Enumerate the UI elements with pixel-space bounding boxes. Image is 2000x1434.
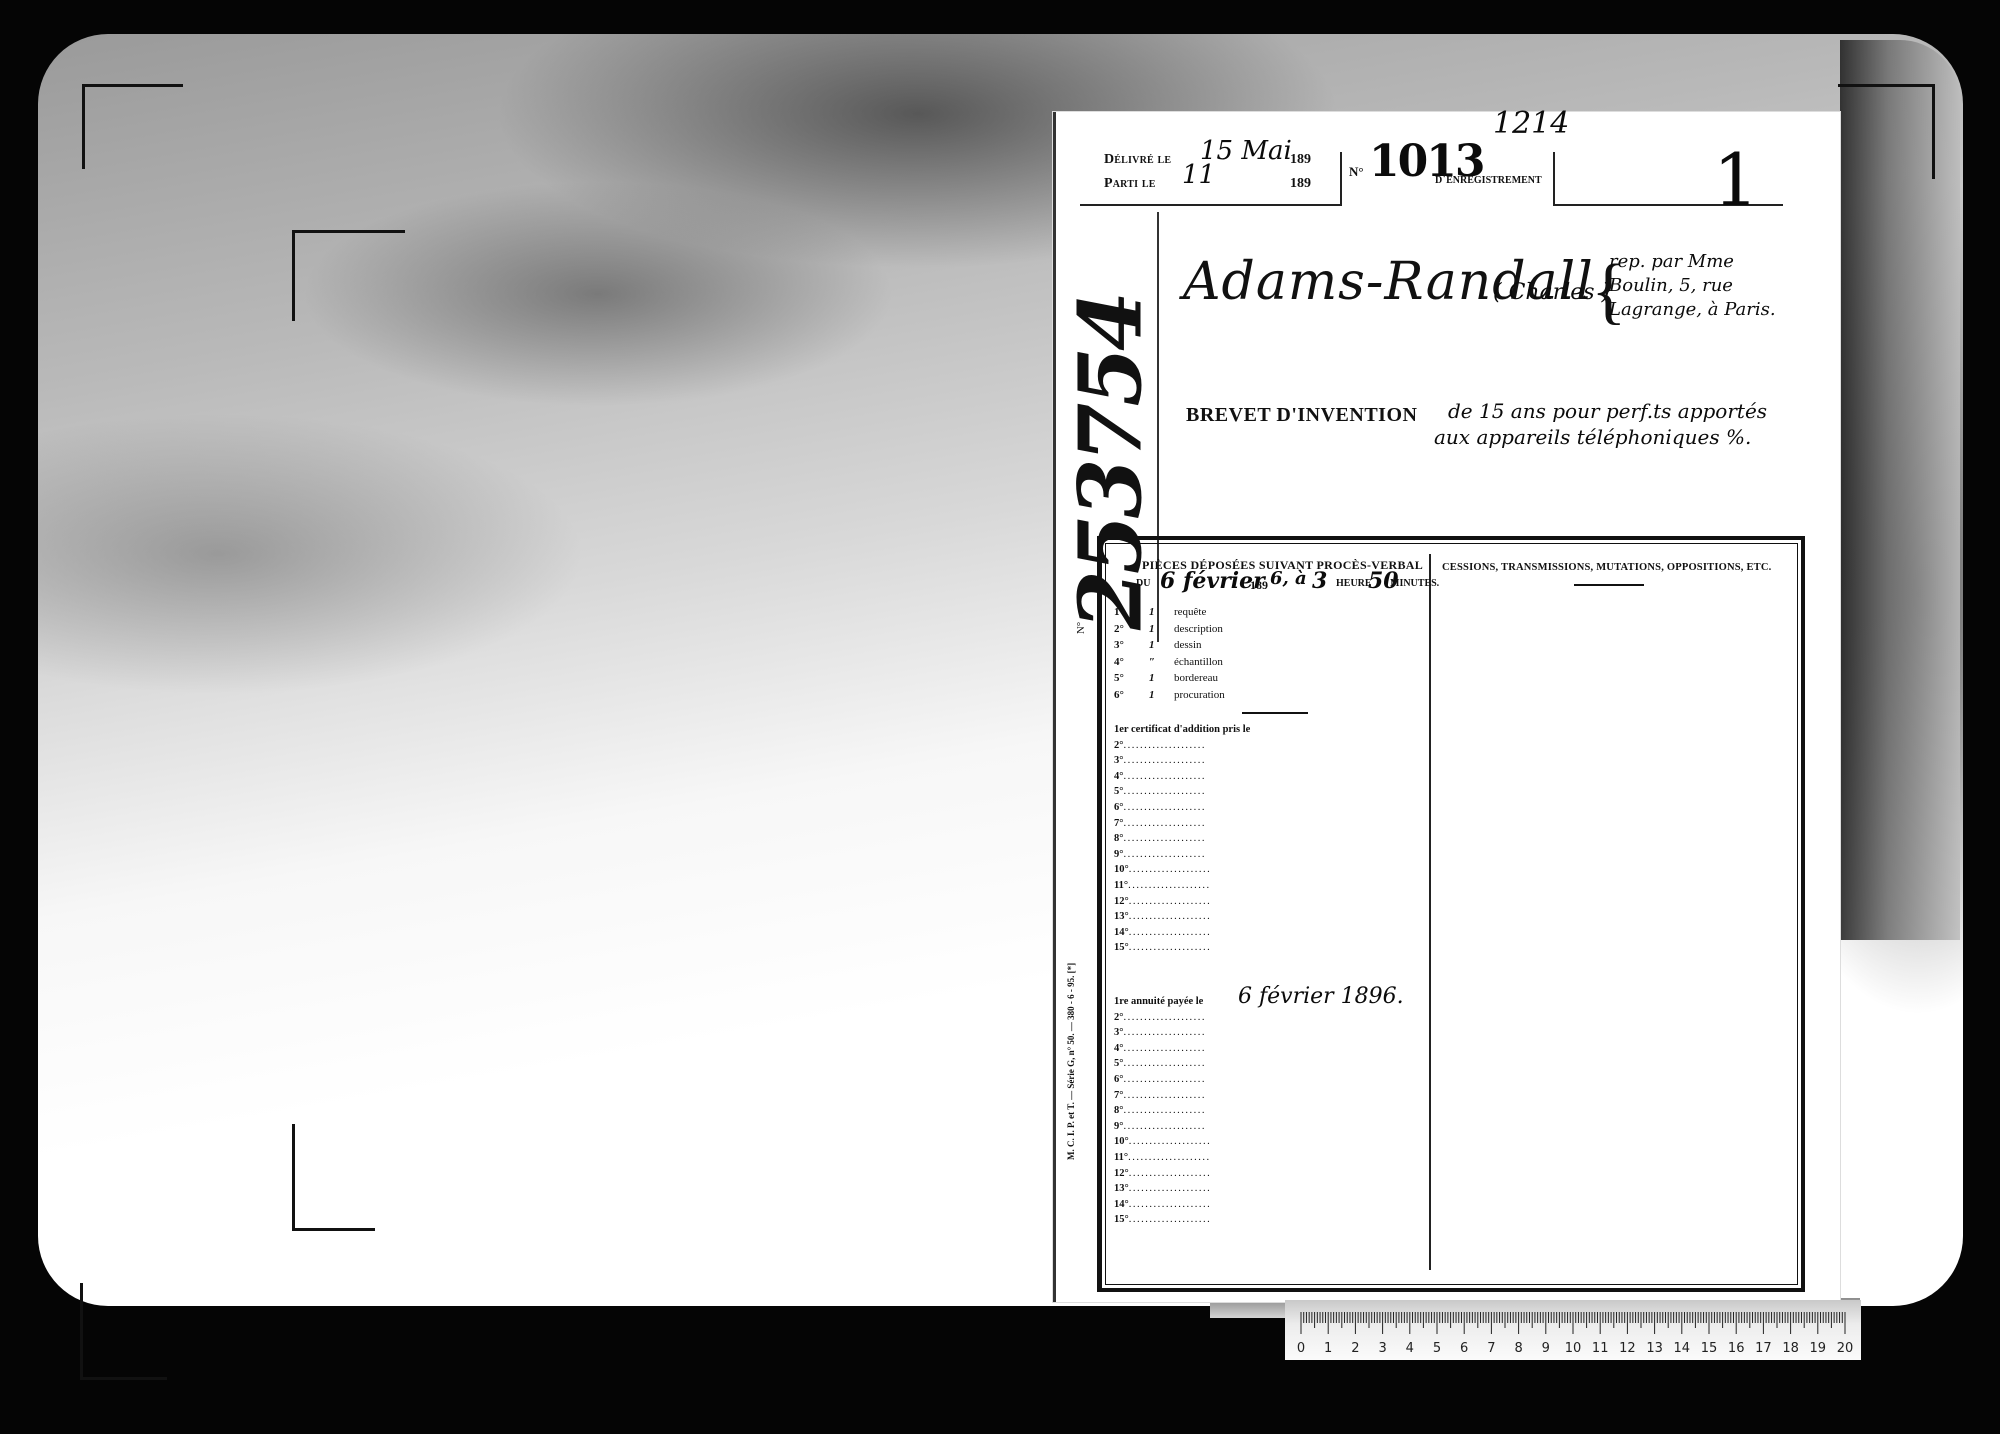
numbered-row: 8°....................	[1114, 1105, 1244, 1121]
row-number: 10°	[1114, 1136, 1129, 1147]
svg-text:2: 2	[1351, 1341, 1359, 1356]
patent-number-label: N°	[1075, 622, 1087, 634]
piece-label: bordereau	[1174, 672, 1218, 684]
svg-text:10: 10	[1565, 1341, 1582, 1356]
piece-label: procuration	[1174, 689, 1225, 701]
row-number: 12°	[1114, 1168, 1129, 1179]
row-number: 13°	[1114, 1183, 1129, 1194]
hour-label: HEURE	[1336, 578, 1372, 589]
piece-label: échantillon	[1174, 656, 1223, 668]
sheet-edge	[1053, 112, 1056, 1302]
svg-text:15: 15	[1701, 1341, 1718, 1356]
delivery-label: Délivré le	[1104, 152, 1171, 167]
numbered-row: 8°....................	[1114, 833, 1244, 849]
dot-leader: ....................	[1123, 833, 1206, 844]
section-rule	[1242, 712, 1308, 714]
piece-label: description	[1174, 623, 1223, 635]
dot-leader: ....................	[1123, 1012, 1206, 1023]
piece-row: 3°1dessin	[1114, 639, 1414, 656]
minutes-label: MINUTES.	[1390, 578, 1439, 589]
svg-text:14: 14	[1674, 1341, 1691, 1356]
svg-text:20: 20	[1837, 1341, 1854, 1356]
svg-text:19: 19	[1810, 1341, 1827, 1356]
row-number: 11°	[1114, 880, 1128, 891]
piece-label: dessin	[1174, 639, 1202, 651]
hour-value: 3	[1312, 568, 1327, 594]
ruler-ticks: 01234567891011121314151617181920	[1285, 1300, 1861, 1360]
year-value: 6, à	[1270, 568, 1307, 589]
numbered-row: 3°....................	[1114, 755, 1244, 771]
dot-leader: ....................	[1123, 1027, 1206, 1038]
numbered-row: 12°....................	[1114, 896, 1244, 912]
numbered-row: 6°....................	[1114, 1074, 1244, 1090]
printer-imprint: M. C. I. P. et T. — Série G, n° 50. — 38…	[1066, 960, 1076, 1160]
svg-text:17: 17	[1755, 1341, 1772, 1356]
dot-leader: ....................	[1123, 1105, 1206, 1116]
piece-row: 2°1description	[1114, 623, 1414, 640]
departure-year: 189	[1290, 176, 1311, 192]
numbered-row: 15°....................	[1114, 942, 1244, 958]
svg-text:6: 6	[1460, 1341, 1468, 1356]
annuity-first-row: 1re annuité payée le	[1114, 996, 1244, 1012]
dot-leader: ....................	[1123, 786, 1206, 797]
dot-leader: ....................	[1128, 1152, 1211, 1163]
departure-label: Parti le	[1104, 176, 1156, 191]
certificate-first-row: 1er certificat d'addition pris le	[1114, 724, 1254, 740]
svg-text:7: 7	[1487, 1341, 1495, 1356]
corner-mark: 1	[1713, 138, 1759, 222]
delivery-box: Délivré le 15 Mai 189 Parti le 11 189	[1080, 152, 1342, 206]
numbered-row: 10°....................	[1114, 1136, 1244, 1152]
piece-qty: 1	[1149, 623, 1155, 635]
numbered-row: 11°....................	[1114, 1152, 1244, 1168]
cessions-rule	[1574, 584, 1644, 586]
patent-document: Délivré le 15 Mai 189 Parti le 11 189 N°…	[1053, 112, 1840, 1302]
row-number: 15°	[1114, 1214, 1129, 1225]
numbered-row: 2°....................	[1114, 1012, 1244, 1028]
delivery-date-row: Délivré le 15 Mai 189	[1104, 152, 1171, 168]
numbered-row: 9°....................	[1114, 849, 1244, 865]
row-number: 10°	[1114, 864, 1129, 875]
row-number: 15°	[1114, 942, 1129, 953]
row-number: 14°	[1114, 927, 1129, 938]
numbered-row: 13°....................	[1114, 1183, 1244, 1199]
brevet-description: de 15 ans pour perf.ts apportés aux appa…	[1448, 398, 1767, 450]
piece-number: 6°	[1114, 689, 1124, 701]
svg-text:18: 18	[1782, 1341, 1799, 1356]
piece-number: 3°	[1114, 639, 1124, 651]
numbered-row: 11°....................	[1114, 880, 1244, 896]
crop-mark-top-left-outer	[82, 84, 183, 169]
piece-row: 6°1procuration	[1114, 689, 1414, 706]
year-prefix: 189	[1250, 578, 1268, 593]
svg-text:5: 5	[1433, 1341, 1441, 1356]
registration-annotation: 1214	[1493, 106, 1569, 141]
piece-qty: 1	[1149, 689, 1155, 701]
numbered-row: 7°....................	[1114, 818, 1244, 834]
dot-leader: ....................	[1123, 1074, 1206, 1085]
dot-leader: ....................	[1129, 942, 1212, 953]
dot-leader: ....................	[1129, 1214, 1212, 1225]
piece-number: 2°	[1114, 623, 1124, 635]
crop-mark-bottom-left-inner	[292, 1124, 375, 1231]
dot-leader: ....................	[1128, 880, 1211, 891]
svg-text:11: 11	[1592, 1341, 1609, 1356]
dot-leader: ....................	[1129, 911, 1212, 922]
numbered-row: 9°....................	[1114, 1121, 1244, 1137]
dot-leader: ....................	[1129, 1136, 1212, 1147]
departure-date-row: Parti le 11 189	[1104, 176, 1156, 192]
piece-qty: 1	[1149, 672, 1155, 684]
row-number: 14°	[1114, 1199, 1129, 1210]
crop-mark-top-right	[1838, 84, 1935, 179]
representative-line: Boulin, 5, rue	[1609, 274, 1776, 298]
representative: rep. par Mme Boulin, 5, rue Lagrange, à …	[1609, 250, 1776, 322]
brevet-description-line: aux appareils téléphoniques %.	[1434, 424, 1767, 450]
numbered-row: 5°....................	[1114, 1058, 1244, 1074]
numbered-row: 10°....................	[1114, 864, 1244, 880]
numbered-row: 12°....................	[1114, 1168, 1244, 1184]
piece-qty: ″	[1149, 656, 1155, 668]
numbered-row: 5°....................	[1114, 786, 1244, 802]
numbered-row: 2°....................	[1114, 740, 1244, 756]
row-number: 11°	[1114, 1152, 1128, 1163]
dot-leader: ....................	[1129, 1183, 1212, 1194]
annuities-list: 1re annuité payée le 2°.................…	[1114, 996, 1244, 1230]
svg-text:0: 0	[1297, 1341, 1305, 1356]
row-number: 13°	[1114, 911, 1129, 922]
svg-text:12: 12	[1619, 1341, 1636, 1356]
crop-mark-top-left-inner	[292, 230, 405, 321]
representative-line: Lagrange, à Paris.	[1609, 298, 1776, 322]
numbered-row: 3°....................	[1114, 1027, 1244, 1043]
piece-number: 5°	[1114, 672, 1124, 684]
numbered-row: 14°....................	[1114, 1199, 1244, 1215]
dot-leader: ....................	[1129, 1168, 1212, 1179]
dot-leader: ....................	[1123, 1043, 1206, 1054]
svg-text:4: 4	[1406, 1341, 1414, 1356]
numbered-row: 6°....................	[1114, 802, 1244, 818]
piece-qty: 1	[1149, 639, 1155, 651]
dot-leader: ....................	[1123, 849, 1206, 860]
scale-ruler: 01234567891011121314151617181920	[1285, 1300, 1861, 1360]
svg-text:3: 3	[1378, 1341, 1386, 1356]
svg-text:13: 13	[1646, 1341, 1663, 1356]
svg-text:9: 9	[1542, 1341, 1550, 1356]
numbered-row: 13°....................	[1114, 911, 1244, 927]
piece-row: 1°1requête	[1114, 606, 1414, 623]
piece-qty: 1	[1149, 606, 1155, 618]
dot-leader: ....................	[1123, 771, 1206, 782]
column-divider	[1429, 554, 1431, 1270]
piece-label: requête	[1174, 606, 1206, 618]
registration-prefix: N°	[1349, 164, 1364, 179]
piece-number: 4°	[1114, 656, 1124, 668]
dot-leader: ....................	[1129, 927, 1212, 938]
row-number: 12°	[1114, 896, 1129, 907]
brevet-title: BREVET D'INVENTION	[1186, 404, 1417, 427]
svg-text:8: 8	[1514, 1341, 1522, 1356]
svg-text:1: 1	[1324, 1341, 1332, 1356]
dot-leader: ....................	[1123, 755, 1206, 766]
crop-mark-bottom-left-outer	[80, 1283, 167, 1380]
svg-text:16: 16	[1728, 1341, 1745, 1356]
dot-leader: ....................	[1123, 1090, 1206, 1101]
representative-line: rep. par Mme	[1609, 250, 1776, 274]
dot-leader: ....................	[1123, 1058, 1206, 1069]
numbered-row: 7°....................	[1114, 1090, 1244, 1106]
piece-row: 5°1bordereau	[1114, 672, 1414, 689]
annuity-first-value: 6 février 1896.	[1238, 984, 1404, 1009]
date-prefix: DU	[1136, 578, 1150, 589]
piece-number: 1°	[1114, 606, 1124, 618]
dot-leader: ....................	[1123, 802, 1206, 813]
registration-label: d'enregistrement	[1435, 172, 1542, 188]
dot-leader: ....................	[1129, 864, 1212, 875]
cessions-title: CESSIONS, TRANSMISSIONS, MUTATIONS, OPPO…	[1442, 562, 1771, 573]
piece-row: 4°″échantillon	[1114, 656, 1414, 673]
dot-leader: ....................	[1129, 896, 1212, 907]
departure-value: 11	[1182, 160, 1215, 190]
brevet-description-line: de 15 ans pour perf.ts apportés	[1448, 398, 1767, 424]
numbered-row: 4°....................	[1114, 1043, 1244, 1059]
dot-leader: ....................	[1129, 1199, 1212, 1210]
dot-leader: ....................	[1123, 740, 1206, 751]
delivery-year: 189	[1290, 152, 1311, 168]
registration-number: N° 1013	[1349, 164, 1364, 180]
pieces-list: 1°1requête 2°1description 3°1dessin 4°″é…	[1114, 606, 1414, 705]
dot-leader: ....................	[1123, 1121, 1206, 1132]
numbered-row: 15°....................	[1114, 1214, 1244, 1230]
numbered-row: 4°....................	[1114, 771, 1244, 787]
dot-leader: ....................	[1123, 818, 1206, 829]
certificates-list: 1er certificat d'addition pris le 2°....…	[1114, 724, 1254, 958]
numbered-row: 14°....................	[1114, 927, 1244, 943]
record-table: M. C. I. P. et T. — Série G, n° 50. — 38…	[1097, 536, 1805, 1292]
